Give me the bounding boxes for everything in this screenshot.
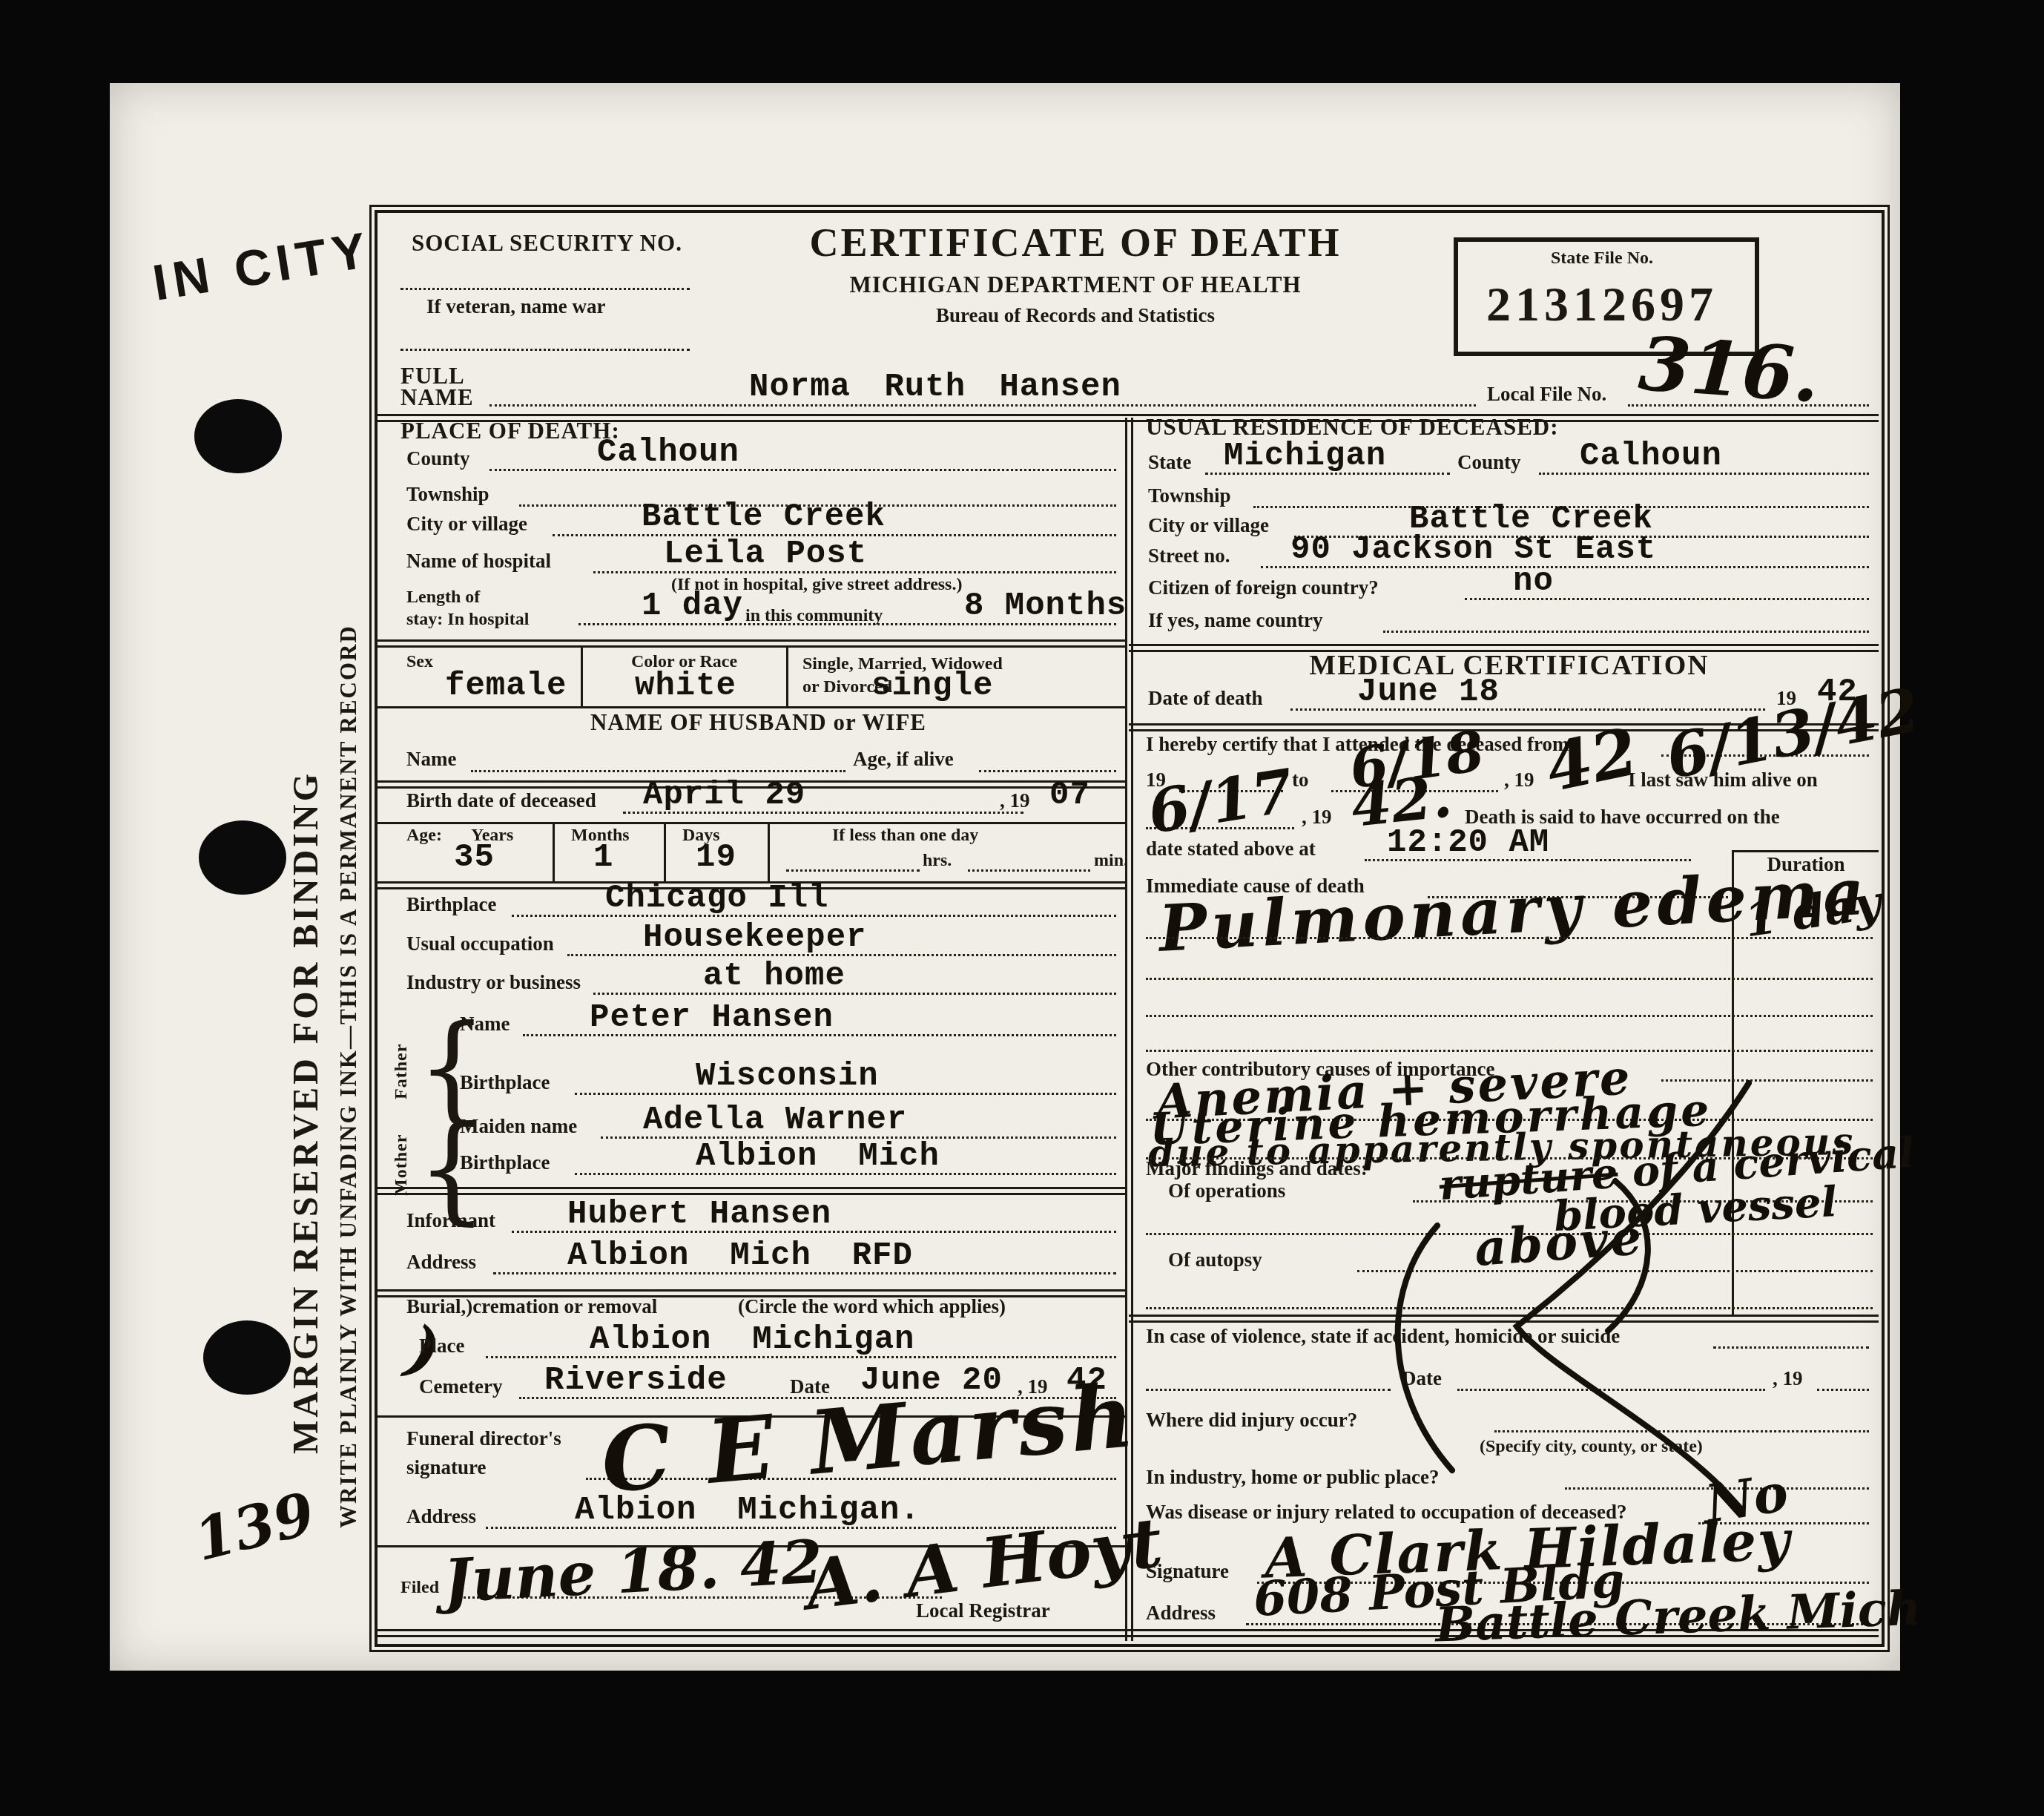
industry-place-label: In industry, home or public place? <box>1146 1467 1440 1487</box>
punch-hole <box>203 1320 291 1395</box>
city-label: City or village <box>406 514 527 534</box>
dotted-line <box>1146 1389 1391 1391</box>
autopsy-handwritten: above <box>1473 1212 1645 1273</box>
occupation-label: Usual occupation <box>406 934 554 954</box>
birthplace-label: Birthplace <box>406 895 497 915</box>
director-label-2: signature <box>406 1456 487 1478</box>
informant-address-label: Address <box>406 1252 476 1272</box>
dotted-line <box>1146 937 1873 939</box>
violence-label: In case of violence, state if accident, … <box>1146 1326 1620 1346</box>
birth-year-value: 07 <box>1049 779 1090 812</box>
duration-box-top <box>1732 850 1879 852</box>
scanned-death-certificate: { "scan": { "stamp": "IN CITY", "page_nu… <box>0 0 2044 1816</box>
social-security-label: SOCIAL SECURITY NO. <box>412 231 682 254</box>
birthplace-value: Chicago Ill <box>605 882 828 915</box>
department-name: MICHIGAN DEPARTMENT OF HEALTH <box>705 273 1446 296</box>
mother-birthplace-value: Albion Mich <box>696 1140 940 1173</box>
informant-value: Hubert Hansen <box>567 1198 831 1231</box>
burial-circle-note: (Circle the word which applies) <box>738 1297 1006 1317</box>
dotted-line <box>1146 1307 1873 1309</box>
citizen-value: no <box>1513 565 1554 598</box>
less-than-day-label: If less than one day <box>832 826 978 844</box>
marital-value: single <box>871 670 993 703</box>
dotted-line <box>1661 1079 1873 1082</box>
section-rule <box>375 639 1127 648</box>
burial-place-value: Albion Michigan <box>590 1323 914 1356</box>
dotted-line <box>471 770 845 772</box>
county-value: Calhoun <box>597 436 739 469</box>
sex-value: female <box>445 670 567 703</box>
physician-signature-label: Signature <box>1146 1562 1229 1582</box>
citizen-label: Citizen of foreign country? <box>1148 578 1379 598</box>
state-file-label: State File No. <box>1454 249 1750 267</box>
residence-county-value: Calhoun <box>1580 440 1722 473</box>
street-value: 90 Jackson St East <box>1290 533 1656 566</box>
cell-divider <box>664 822 666 883</box>
cell-divider <box>553 822 555 883</box>
dotted-line <box>1383 631 1869 633</box>
stay-community-value: 8 Months <box>964 590 1127 622</box>
father-group-label: Father <box>392 1044 412 1099</box>
full-label-line2: NAME <box>400 384 474 410</box>
margin-permanent-text: WRITE PLAINLY WITH UNFADING INK—THIS IS … <box>335 625 362 1528</box>
mother-maiden-label: Maiden name <box>460 1116 577 1136</box>
spouse-header: NAME OF HUSBAND or WIFE <box>400 711 1116 734</box>
father-birthplace-label: Birthplace <box>460 1073 550 1093</box>
dotted-line <box>968 869 1090 872</box>
township-label: Township <box>406 484 489 504</box>
age-years-value: 35 <box>454 841 495 874</box>
punch-hole <box>194 399 282 473</box>
spouse-name-label: Name <box>406 749 456 769</box>
autopsy-label: Of autopsy <box>1168 1250 1262 1270</box>
comma-19-printed-2: , 19 <box>1302 807 1332 827</box>
injury-label: Where did injury occur? <box>1146 1410 1357 1430</box>
full-name-label: FULLNAME <box>400 365 474 409</box>
cell-divider <box>768 822 770 883</box>
residence-state-value: Michigan <box>1224 440 1386 473</box>
cemetery-label: Cemetery <box>419 1377 502 1397</box>
length-of-stay-label: Length ofstay: In hospital <box>406 586 529 631</box>
burial-line-label: Burial,)cremation or removal <box>406 1297 657 1317</box>
dotted-line <box>400 349 690 351</box>
physician-address-label: Address <box>1146 1603 1216 1623</box>
father-name-value: Peter Hansen <box>590 1001 834 1034</box>
father-birthplace-value: Wisconsin <box>696 1060 879 1093</box>
dotted-line <box>489 469 1116 471</box>
dotted-line <box>786 869 920 872</box>
section-rule <box>1129 1315 1879 1323</box>
medical-header: MEDICAL CERTIFICATION <box>1146 651 1873 680</box>
stated-label: date stated above at <box>1146 839 1316 859</box>
father-name-label: Name <box>460 1014 510 1034</box>
stay-hospital-value: 1 day <box>642 590 743 622</box>
mother-birthplace-label: Birthplace <box>460 1153 550 1173</box>
dotted-line <box>979 770 1116 772</box>
city-value: Battle Creek <box>642 501 886 533</box>
filed-date-handwritten: June 18. 42 <box>442 1532 824 1611</box>
dotted-line <box>1817 1389 1869 1391</box>
birth-year-prefix: , 19 <box>1000 791 1030 811</box>
min-label: min. <box>1094 852 1128 869</box>
full-name-value: Norma Ruth Hansen <box>749 371 1121 404</box>
cell-divider <box>786 647 788 706</box>
place-of-death-header: PLACE OF DEATH: <box>400 419 620 442</box>
date-of-death-label: Date of death <box>1148 688 1262 708</box>
violence-year-prefix: , 19 <box>1773 1369 1803 1389</box>
street-label: Street no. <box>1148 546 1230 566</box>
dotted-line <box>1357 1270 1873 1272</box>
violence-date-label: Date <box>1402 1369 1442 1389</box>
to-label: to <box>1292 770 1309 790</box>
hospital-value: Leila Post <box>664 538 867 570</box>
dotted-line <box>1146 978 1873 980</box>
dotted-line <box>1146 1015 1873 1017</box>
dotted-line <box>1457 1389 1765 1391</box>
birth-date-value: April 29 <box>643 779 805 812</box>
local-file-label: Local File No. <box>1487 384 1606 404</box>
punch-hole <box>199 820 286 895</box>
filed-label: Filed <box>400 1579 439 1596</box>
age-months-value: 1 <box>593 841 613 874</box>
stay-label-1: Length of <box>406 588 480 607</box>
community-label: in this community <box>745 607 883 625</box>
time-of-death-value: 12:20 AM <box>1387 826 1549 859</box>
rule <box>375 822 1127 824</box>
dotted-line <box>1713 1346 1869 1349</box>
cemetery-value: Riverside <box>544 1364 728 1397</box>
sex-label: Sex <box>406 653 433 671</box>
age-label: Age: <box>406 826 442 844</box>
occupation-value: Housekeeper <box>643 921 866 954</box>
industry-value: at home <box>703 960 845 993</box>
race-value: white <box>635 670 736 703</box>
mother-maiden-value: Adella Warner <box>643 1104 907 1136</box>
stay-label-2: stay: In hospital <box>406 610 529 629</box>
findings-label: Major findings and dates: <box>1146 1159 1368 1179</box>
registrar-label: Local Registrar <box>916 1601 1050 1621</box>
veteran-label: If veteran, name war <box>426 297 605 317</box>
county-label: County <box>406 449 470 469</box>
bureau-name: Bureau of Records and Statistics <box>705 306 1446 326</box>
certificate-title: CERTIFICATE OF DEATH <box>705 223 1446 263</box>
margin-binding-text: MARGIN RESERVED FOR BINDING <box>286 771 326 1454</box>
hospital-label: Name of hospital <box>406 551 551 571</box>
comma-19-printed: , 19 <box>1504 770 1534 790</box>
injury-note: (Specify city, county, or state) <box>1480 1438 1703 1455</box>
rule <box>375 706 1127 708</box>
residence-header: USUAL RESIDENCE OF DECEASED: <box>1146 415 1559 438</box>
residence-township-label: Township <box>1148 486 1231 506</box>
residence-county-label: County <box>1457 453 1521 473</box>
residence-city-label: City or village <box>1148 516 1269 536</box>
funeral-director-label: Funeral director'ssignature <box>406 1424 561 1482</box>
country-label: If yes, name country <box>1148 611 1322 631</box>
informant-address-value: Albion Mich RFD <box>567 1240 913 1272</box>
cell-divider <box>581 647 583 706</box>
informant-label: Informant <box>406 1211 495 1231</box>
burial-place-label: Place <box>419 1336 464 1356</box>
director-address-label: Address <box>406 1507 476 1527</box>
age-if-alive-label: Age, if alive <box>853 749 954 769</box>
age-days-value: 19 <box>696 841 736 874</box>
industry-label: Industry or business <box>406 973 581 993</box>
residence-state-label: State <box>1148 453 1191 473</box>
local-file-number-handwritten: 316. <box>1637 326 1822 413</box>
hrs-label: hrs. <box>923 852 952 869</box>
dotted-line <box>593 993 1116 995</box>
section-rule <box>375 1187 1127 1195</box>
operations-label: Of operations <box>1168 1181 1285 1201</box>
dotted-line <box>489 404 1476 407</box>
state-file-number: 21312697 <box>1454 280 1750 329</box>
last-saw-label: I last saw him alive on <box>1628 770 1818 790</box>
director-label-1: Funeral director's <box>406 1427 561 1450</box>
dotted-line <box>1494 1430 1869 1432</box>
director-address-value: Albion Michigan. <box>575 1494 920 1527</box>
dotted-line <box>1146 1050 1873 1052</box>
birth-date-label: Birth date of deceased <box>406 791 596 811</box>
dotted-line <box>400 288 690 290</box>
date-of-death-value: June 18 <box>1357 676 1500 708</box>
